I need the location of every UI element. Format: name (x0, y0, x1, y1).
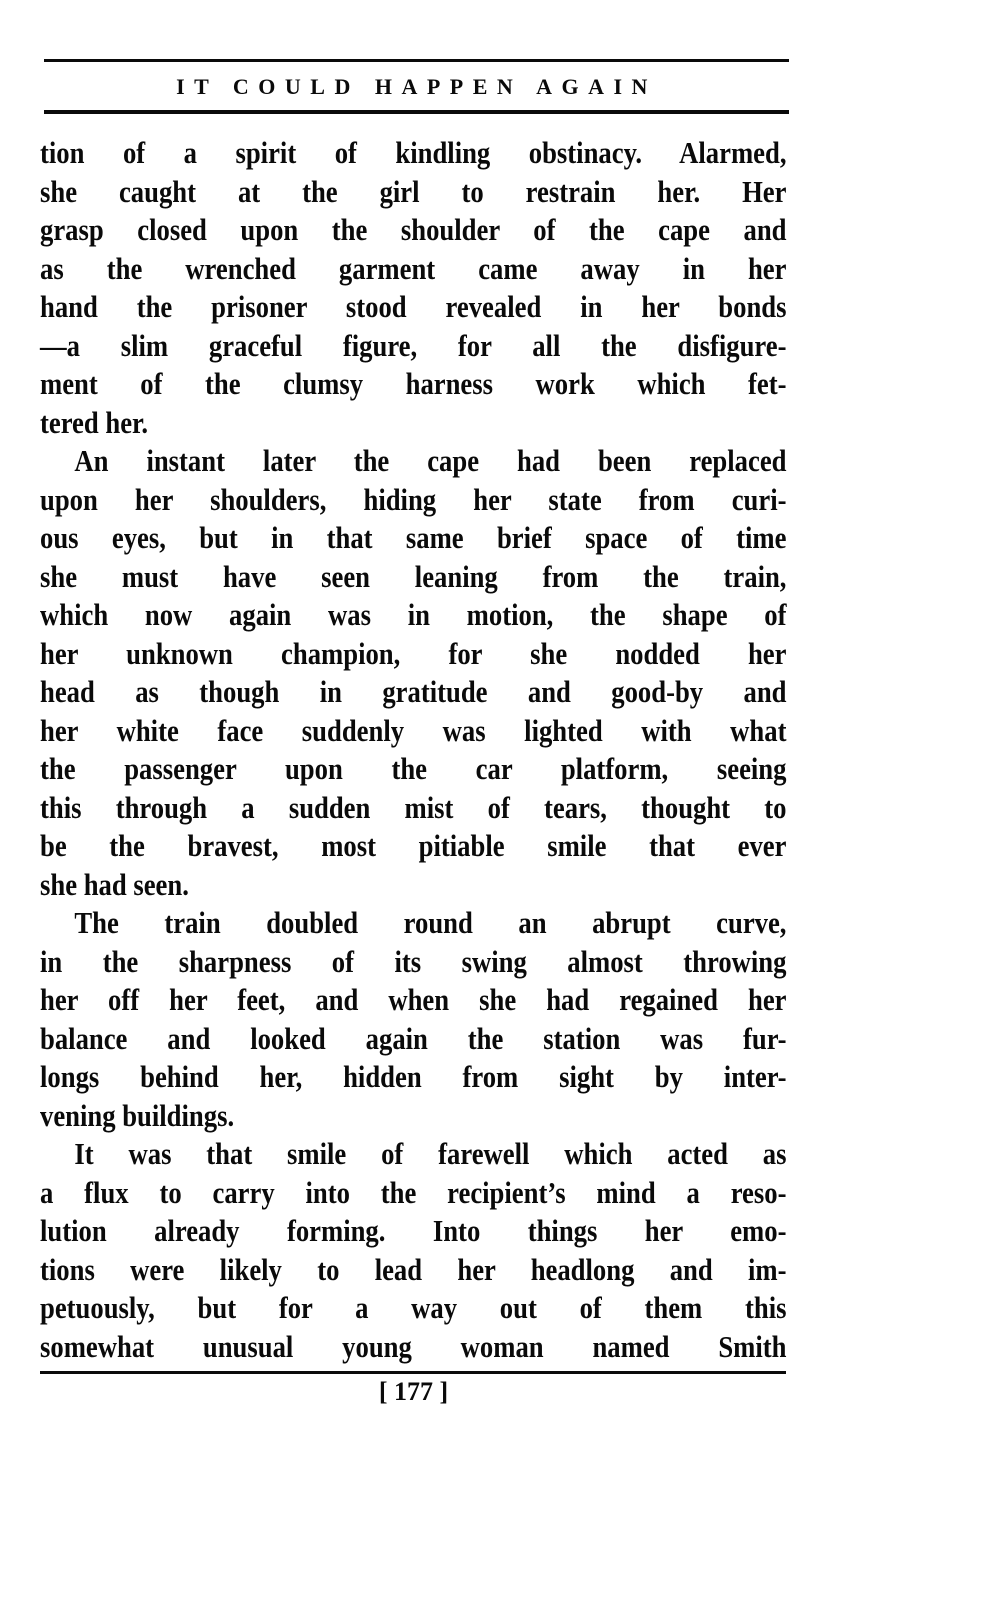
paragraph: An instant later the cape had been repla… (40, 442, 682, 904)
text-line: longs behind her, hidden from sight by i… (40, 1058, 786, 1097)
header-top-rule (44, 59, 789, 62)
text-line: tered her. (40, 404, 786, 443)
text-line: upon her shoulders, hiding her state fro… (40, 481, 786, 520)
text-line: the passenger upon the car platform, see… (40, 750, 786, 789)
text-line: It was that smile of farewell which acte… (40, 1135, 786, 1174)
text-line: tions were likely to lead her headlong a… (40, 1251, 786, 1290)
text-line: vening buildings. (40, 1097, 786, 1136)
text-line: balance and looked again the station was… (40, 1020, 786, 1059)
text-line: be the bravest, most pitiable smile that… (40, 827, 786, 866)
text-line: —a slim graceful figure, for all the dis… (40, 327, 786, 366)
header-bottom-rule (44, 110, 789, 114)
text-line: ment of the clumsy harness work which fe… (40, 365, 786, 404)
text-line: hand the prisoner stood revealed in her … (40, 288, 786, 327)
text-line: in the sharpness of its swing almost thr… (40, 943, 786, 982)
text-line: she had seen. (40, 866, 786, 905)
text-line: her off her feet, and when she had regai… (40, 981, 786, 1020)
text-line: An instant later the cape had been repla… (40, 442, 786, 481)
text-line: petuously, but for a way out of them thi… (40, 1289, 786, 1328)
text-line: as the wrenched garment came away in her (40, 250, 786, 289)
text-line: lution already forming. Into things her … (40, 1212, 786, 1251)
text-line: she caught at the girl to restrain her. … (40, 173, 786, 212)
text-line: this through a sudden mist of tears, tho… (40, 789, 786, 828)
text-line: which now again was in motion, the shape… (40, 596, 786, 635)
text-line: a flux to carry into the recipient’s min… (40, 1174, 786, 1213)
page-number: [ 177 ] (40, 1376, 787, 1408)
text-line: tion of a spirit of kindling obstinacy. … (40, 134, 786, 173)
paragraph: The train doubled round an abrupt curve,… (40, 904, 682, 1135)
body-text: tion of a spirit of kindling obstinacy. … (40, 134, 682, 1366)
text-line: head as though in gratitude and good-by … (40, 673, 786, 712)
running-head: IT COULD HAPPEN AGAIN (44, 70, 789, 104)
text-line: grasp closed upon the shoulder of the ca… (40, 211, 786, 250)
text-line: she must have seen leaning from the trai… (40, 558, 786, 597)
text-line: her white face suddenly was lighted with… (40, 712, 786, 751)
text-line: somewhat unusual young woman named Smith (40, 1328, 786, 1367)
paragraph: tion of a spirit of kindling obstinacy. … (40, 134, 682, 442)
paragraph: It was that smile of farewell which acte… (40, 1135, 682, 1366)
footer-rule (40, 1371, 786, 1374)
text-line: her unknown champion, for she nodded her (40, 635, 786, 674)
text-line: ous eyes, but in that same brief space o… (40, 519, 786, 558)
text-line: The train doubled round an abrupt curve, (40, 904, 786, 943)
